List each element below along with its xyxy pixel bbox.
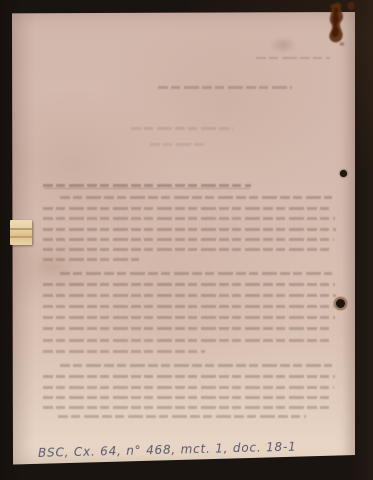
stamp-ghost-smudge (266, 34, 300, 56)
punch-hole-top (340, 170, 347, 177)
paper-discoloration-smudge (30, 252, 76, 282)
rust-stain (320, 0, 358, 58)
punch-hole-bottom (336, 299, 345, 308)
rust-stain-shape (320, 0, 358, 58)
document-paper (12, 12, 355, 465)
tape-tab (10, 220, 32, 245)
